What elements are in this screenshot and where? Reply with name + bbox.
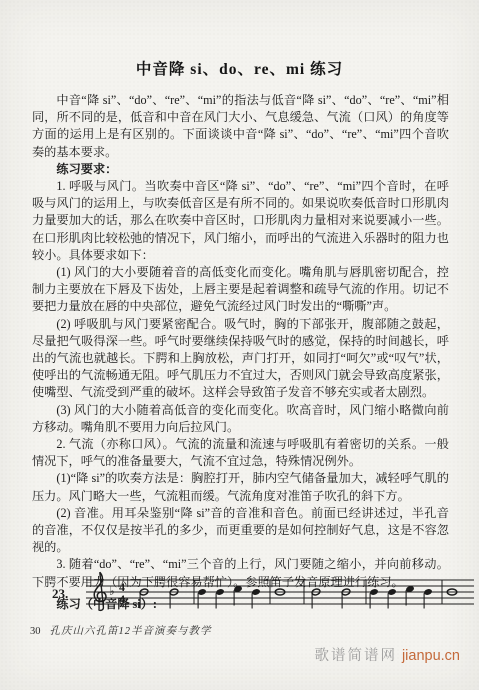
score-number-label: 23. xyxy=(52,586,68,601)
paragraph: (2) 音准。用耳朵鉴别“降 si”音的音准和音色。前面已经讲述过，半孔音的音准… xyxy=(32,505,449,557)
paragraph: 中音“降 si”、“do”、“re”、“mi”的指法与低音“降 si”、“do”… xyxy=(32,92,449,161)
body-paragraphs: 中音“降 si”、“do”、“re”、“mi”的指法与低音“降 si”、“do”… xyxy=(32,92,449,613)
music-score-svg: 23.♭44 xyxy=(52,568,474,622)
paragraph-heading: 练习要求： xyxy=(32,161,449,178)
scanned-book-page: 中音降 si、do、re、mi 练习 中音“降 si”、“do”、“re”、“m… xyxy=(0,0,479,690)
paragraph: (1) 风门的大小要随着音的高低变化而变化。嘴角肌与唇肌密切配合，控制力主要放在… xyxy=(32,264,449,316)
paragraph: 2. 气流（亦称口风）。气流的流量和流速与呼吸肌有着密切的关系。一般情况下，呼气… xyxy=(32,436,449,470)
watermark-site-name: 歌谱简谱网 xyxy=(314,648,397,664)
treble-clef-icon xyxy=(94,572,106,610)
watermark-site-url: jianpu.cn xyxy=(402,648,460,664)
page-footer: 30孔庆山六孔笛12半音演奏与教学 xyxy=(30,623,212,638)
music-score: 23.♭44 xyxy=(52,568,474,622)
paragraph: (2) 呼吸肌与风门要紧密配合。吸气时，胸的下部张开，腹部随之鼓起，尽量把气吸得… xyxy=(32,316,449,402)
time-signature-bottom: 4 xyxy=(119,592,125,606)
watermark: 歌谱简谱网jianpu.cn xyxy=(314,644,460,665)
quarter-note xyxy=(405,585,415,605)
paragraph: (3) 风门的大小随着高低音的变化而变化。吹高音时，风门缩小略微向前方移动。嘴角… xyxy=(32,402,449,436)
flat-sign-icon: ♭ xyxy=(109,584,115,598)
quarter-note xyxy=(233,585,243,605)
page-title: 中音降 si、do、re、mi 练习 xyxy=(0,0,479,79)
paragraph: 1. 呼吸与风门。当吹奏中音区“降 si”、“do”、“re”、“mi”四个音时… xyxy=(32,178,449,264)
book-title: 孔庆山六孔笛12半音演奏与教学 xyxy=(50,626,212,637)
paragraph: (1)“降 si”的吹奏方法是：胸腔打开，肺内空气储备量加大，减轻呼气肌的压力。… xyxy=(32,470,449,504)
page-number: 30 xyxy=(30,626,41,637)
